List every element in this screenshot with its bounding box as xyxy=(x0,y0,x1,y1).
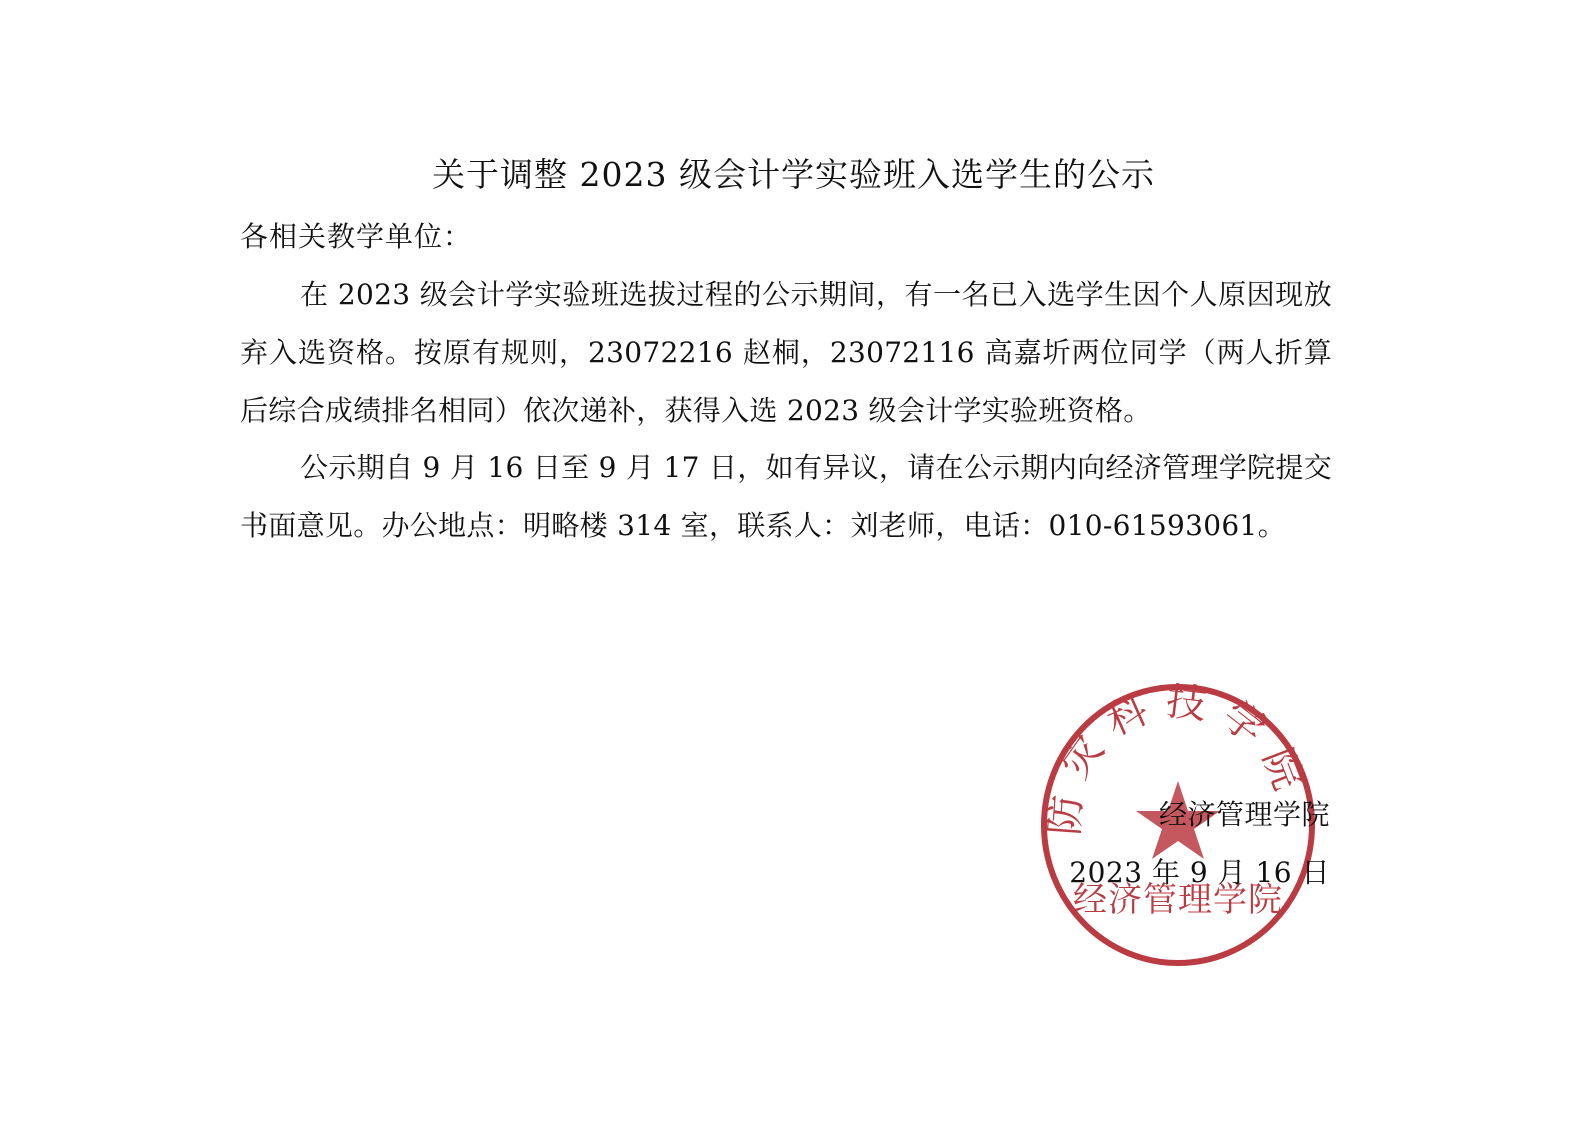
signature-date: 2023 年 9 月 16 日 xyxy=(1069,849,1330,897)
document-title: 关于调整 2023 级会计学实验班入选学生的公示 xyxy=(0,150,1587,200)
paragraph-announcement: 在 2023 级会计学实验班选拔过程的公示期间，有一名已入选学生因个人原因现放弃… xyxy=(240,266,1332,440)
signature-organization: 经济管理学院 xyxy=(1159,791,1330,839)
salutation: 各相关教学单位： xyxy=(240,213,472,261)
document-page: 关于调整 2023 级会计学实验班入选学生的公示 各相关教学单位： 在 2023… xyxy=(0,0,1587,1139)
paragraph-objection-period: 公示期自 9 月 16 日至 9 月 17 日，如有异议，请在公示期内向经济管理… xyxy=(240,439,1332,555)
